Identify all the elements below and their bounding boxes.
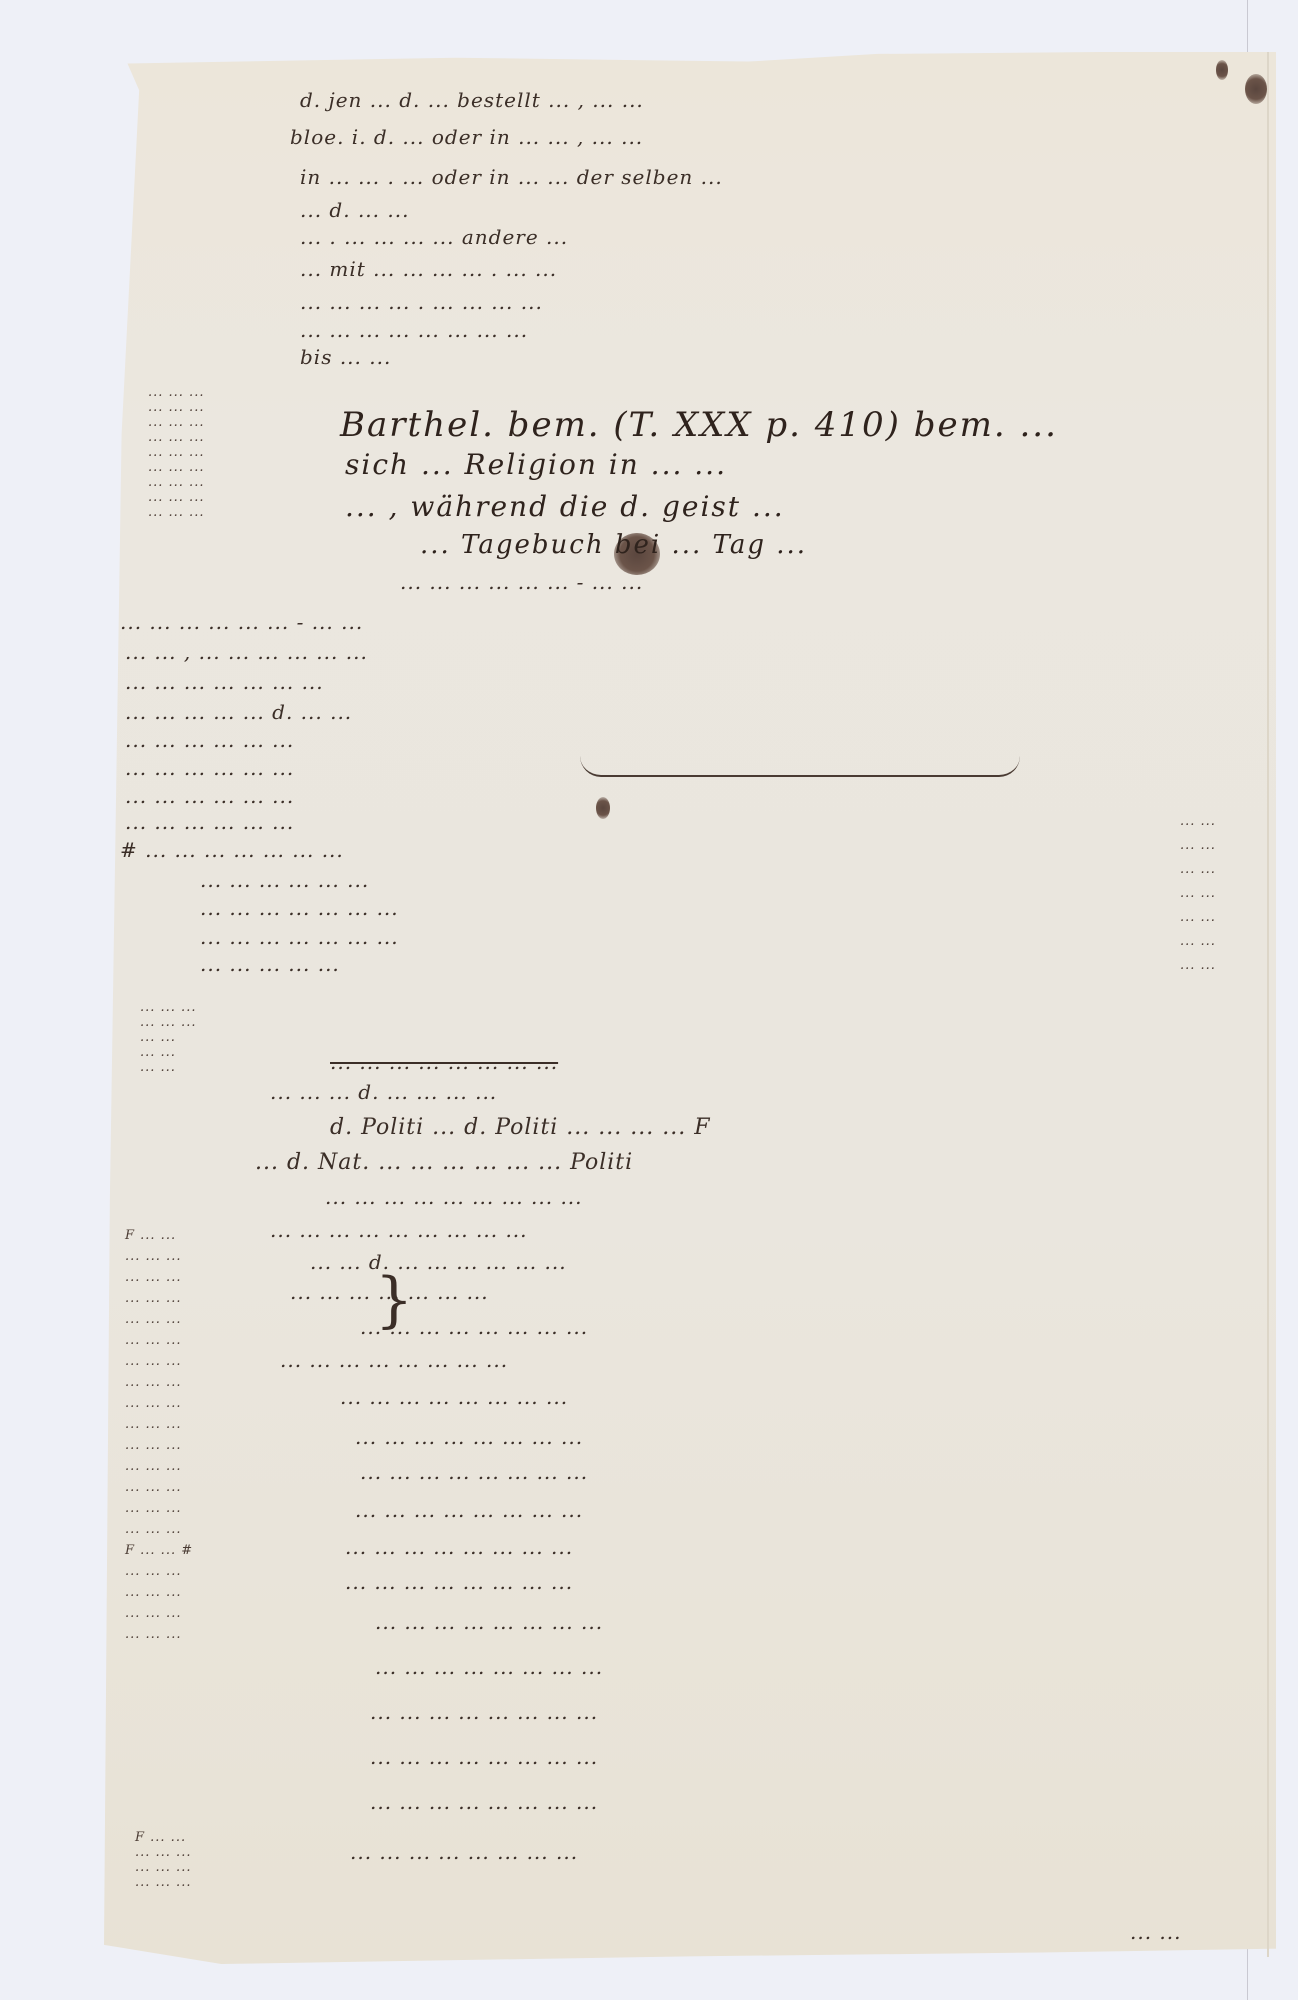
margin-line: ... ... — [1180, 810, 1216, 834]
text-line: ... ... ... ... ... ... ... ... — [375, 1610, 603, 1634]
margin-line: ... ... ... — [148, 505, 204, 520]
margin-line: ... ... ... — [148, 430, 204, 445]
left-margin-note-4: F ... ... ... ... ... ... ... ... ... ..… — [135, 1830, 191, 1890]
margin-line: ... ... ... — [135, 1875, 191, 1890]
text-line: ... ... ... ... ... ... ... ... — [370, 1700, 598, 1724]
text-line: ... ... ... ... ... ... - ... ... — [120, 610, 363, 634]
left-margin-note-1: ... ... ... ... ... ... ... ... ... ... … — [148, 385, 204, 520]
text-line: ... ... ... ... ... ... ... ... — [345, 1570, 573, 1594]
text-line: ... ... ... ... ... ... ... ... — [330, 1050, 558, 1074]
margin-line: ... ... ... — [148, 415, 204, 430]
margin-line: ... ... ... — [125, 1582, 193, 1603]
margin-line: ... ... ... — [148, 445, 204, 460]
margin-line: ... ... ... — [125, 1267, 193, 1288]
margin-line: ... ... — [1180, 954, 1216, 978]
margin-line: ... ... — [140, 1045, 196, 1060]
margin-line: ... ... — [1180, 906, 1216, 930]
margin-line: ... ... ... — [125, 1519, 193, 1540]
margin-line: ... ... — [140, 1060, 196, 1075]
heading-line: sich ... Religion in ... ... — [345, 448, 727, 481]
text-line: ... ... ... ... ... ... ... ... — [350, 1840, 578, 1864]
margin-line: ... ... ... — [125, 1288, 193, 1309]
text-line: ... ... ... ... ... d. ... ... — [125, 700, 352, 724]
text-line: bloe. i. d. ... oder in ... ... , ... ..… — [290, 125, 643, 149]
text-line: ... . ... ... ... ... andere ... — [300, 225, 568, 249]
margin-line: ... ... ... — [125, 1309, 193, 1330]
margin-line: ... ... ... — [125, 1351, 193, 1372]
margin-line: ... ... — [1180, 882, 1216, 906]
left-margin-note-3: F ... ... ... ... ... ... ... ... ... ..… — [125, 1225, 193, 1645]
margin-line: ... ... ... — [125, 1477, 193, 1498]
margin-line: ... ... ... — [148, 385, 204, 400]
text-line: ... ... ... ... ... ... — [125, 784, 294, 808]
text-line: ... ... ... ... ... ... — [125, 756, 294, 780]
text-line: ... ... , ... ... ... ... ... ... — [125, 640, 368, 664]
left-margin-note-2: ... ... ... ... ... ... ... ... ... ... … — [140, 1000, 196, 1075]
ink-stain — [1245, 74, 1267, 104]
ink-stain — [1216, 60, 1228, 80]
text-line: ... ... ... ... ... ... ... ... — [300, 318, 528, 342]
text-line: ... d. ... ... — [300, 198, 409, 222]
margin-line: F ... ... — [125, 1225, 193, 1246]
text-line: ... ... ... ... ... ... ... ... — [355, 1498, 583, 1522]
margin-line: ... ... — [1180, 834, 1216, 858]
text-line: bis ... ... — [300, 345, 391, 369]
text-line: ... ... ... ... ... — [200, 952, 340, 976]
margin-line: F ... ... # — [125, 1540, 193, 1561]
text-line: ... d. Nat. ... ... ... ... ... ... Poli… — [255, 1150, 633, 1175]
text-line: ... ... ... ... ... ... ... — [200, 896, 399, 920]
heading-line: Barthel. bem. (T. XXX p. 410) bem. ... — [340, 405, 1058, 445]
margin-line: ... ... ... — [125, 1372, 193, 1393]
margin-line: ... ... ... — [125, 1330, 193, 1351]
margin-line: ... ... ... — [125, 1456, 193, 1477]
text-line: ... ... ... ... ... ... ... ... — [340, 1385, 568, 1409]
margin-line: ... ... ... — [148, 400, 204, 415]
text-line: ... ... ... ... ... ... ... ... ... — [270, 1218, 528, 1242]
text-line: ... ... ... ... . ... ... ... ... — [300, 290, 543, 314]
underline-loop — [580, 735, 1020, 777]
right-margin-notes: ... ... ... ... ... ... ... ... ... ... … — [1180, 810, 1216, 978]
margin-line: ... ... — [1180, 858, 1216, 882]
text-line: ... ... ... ... ... ... ... ... — [360, 1460, 588, 1484]
heading-line: ... , während die d. geist ... — [345, 490, 785, 523]
margin-line: ... ... ... — [140, 1015, 196, 1030]
text-line: ... ... ... ... ... ... — [200, 868, 369, 892]
text-line: ... ... — [1130, 1920, 1182, 1944]
margin-line: ... ... ... — [125, 1393, 193, 1414]
manuscript-page — [104, 52, 1276, 1964]
text-line: ... ... ... ... ... ... ... ... — [370, 1790, 598, 1814]
text-line: # ... ... ... ... ... ... ... — [120, 838, 344, 862]
bracket-mark: } — [375, 1265, 413, 1335]
margin-line: F ... ... — [135, 1830, 191, 1845]
text-line: ... ... d. ... ... ... ... ... ... — [310, 1250, 567, 1274]
margin-line: ... ... ... — [148, 490, 204, 505]
text-line: ... ... ... ... ... ... ... ... — [345, 1535, 573, 1559]
margin-line: ... ... ... — [148, 475, 204, 490]
text-line: ... ... ... d. ... ... ... ... — [270, 1080, 497, 1104]
paper-right-edge — [1267, 52, 1269, 1957]
margin-line: ... ... ... — [125, 1498, 193, 1519]
margin-line: ... ... ... — [148, 460, 204, 475]
text-line: ... ... ... ... ... ... ... — [125, 670, 324, 694]
text-line: ... ... ... ... ... ... ... ... ... — [325, 1185, 583, 1209]
margin-line: ... ... ... — [125, 1603, 193, 1624]
margin-line: ... ... ... — [140, 1000, 196, 1015]
margin-line: ... ... ... — [135, 1860, 191, 1875]
margin-line: ... ... ... — [125, 1246, 193, 1267]
text-line: ... ... ... ... ... ... ... ... — [375, 1655, 603, 1679]
text-line: d. jen ... d. ... bestellt ... , ... ... — [300, 88, 644, 112]
text-line: in ... ... . ... oder in ... ... der sel… — [300, 165, 723, 189]
text-line: ... mit ... ... ... ... . ... ... — [300, 257, 557, 281]
heading-line: ... Tagebuch bei ... Tag ... — [420, 530, 807, 560]
margin-line: ... ... ... — [125, 1561, 193, 1582]
text-line: ... ... ... ... ... ... ... ... — [370, 1745, 598, 1769]
margin-line: ... ... ... — [125, 1414, 193, 1435]
margin-line: ... ... ... — [125, 1435, 193, 1456]
margin-line: ... ... ... — [125, 1624, 193, 1645]
text-line: ... ... ... ... ... ... ... ... — [280, 1348, 508, 1372]
text-line: ... ... ... ... ... ... — [125, 810, 294, 834]
margin-line: ... ... — [1180, 930, 1216, 954]
margin-line: ... ... ... — [135, 1845, 191, 1860]
text-line: ... ... ... ... ... ... - ... ... — [400, 570, 643, 594]
text-line: ... ... ... ... ... ... ... — [200, 925, 399, 949]
ink-stain — [596, 797, 610, 819]
text-line: d. Politi ... d. Politi ... ... ... ... … — [330, 1115, 710, 1140]
text-line: ... ... ... ... ... ... ... ... — [355, 1425, 583, 1449]
margin-line: ... ... — [140, 1030, 196, 1045]
text-line: ... ... ... ... ... ... — [125, 728, 294, 752]
